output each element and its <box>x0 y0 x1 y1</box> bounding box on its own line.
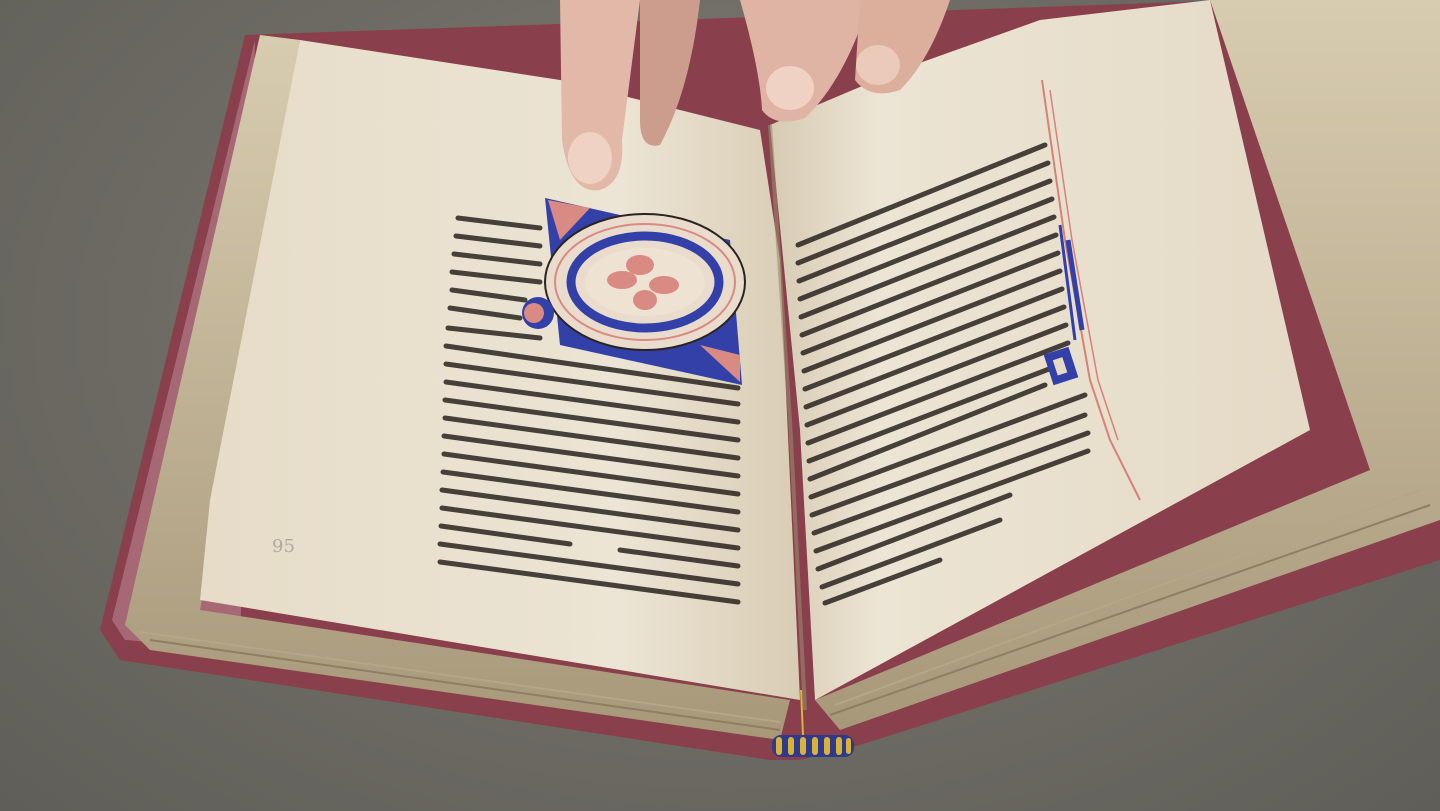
folio-number: 95 <box>272 536 295 557</box>
manuscript-illustration: 95 <box>0 0 1440 811</box>
photo-scene: 95 <box>0 0 1440 811</box>
headband <box>772 735 854 757</box>
